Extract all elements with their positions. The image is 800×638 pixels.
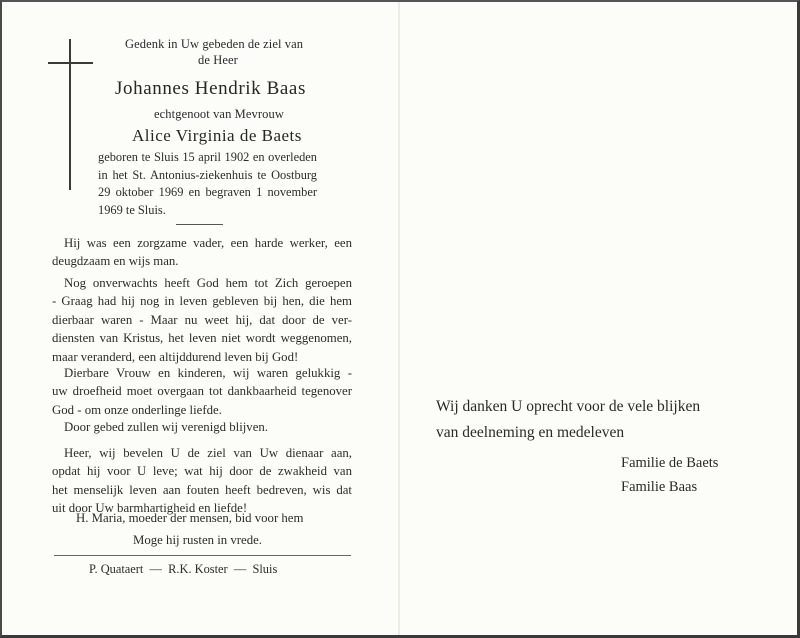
bio-line: in het St. Antonius-ziekenhuis te Oostbu… — [98, 167, 317, 185]
paragraph-4: Door gebed zullen wij verenigd blijven. — [52, 418, 352, 436]
text-line: Dierbare Vrouw en kinderen, wij waren ge… — [52, 364, 352, 382]
bio-line: 1969 te Sluis. — [98, 202, 317, 220]
bio-line: geboren te Sluis 15 april 1902 en overle… — [98, 149, 317, 167]
memorial-card: Gedenk in Uw gebeden de ziel van de Heer… — [0, 0, 800, 638]
text-line: - Graag had hij nog in leven gebleven bi… — [52, 292, 352, 310]
text-line: Nog onverwachts heeft God hem tot Zich g… — [52, 274, 352, 292]
printer-credit: P. Quataert — R.K. Koster — Sluis — [89, 562, 277, 577]
rest-in-peace-line: Moge hij rusten in vrede. — [133, 533, 262, 548]
biography-block: geboren te Sluis 15 april 1902 en overle… — [98, 149, 317, 219]
spouse-name: Alice Virginia de Baets — [132, 126, 302, 146]
bio-line: 29 oktober 1969 en begraven 1 november — [98, 184, 317, 202]
center-fold — [398, 2, 400, 635]
text-line: deugdzaam en wijs man. — [52, 252, 352, 270]
thanks-line-1: Wij danken U oprecht voor de vele blijke… — [436, 398, 700, 416]
signature-family-de-baets: Familie de Baets — [621, 455, 718, 472]
intro-line: Gedenk in Uw gebeden de ziel van — [125, 37, 303, 52]
paragraph-2: Nog onverwachts heeft God hem tot Zich g… — [52, 274, 352, 366]
text-line: God - om onze onderlinge liefde. — [52, 401, 352, 419]
text-line: Door gebed zullen wij verenigd blijven. — [52, 418, 352, 436]
intro-line-2: de Heer — [198, 53, 238, 68]
signature-family-baas: Familie Baas — [621, 479, 697, 496]
paragraph-5: Heer, wij bevelen U de ziel van Uw diena… — [52, 444, 352, 518]
paragraph-3: Dierbare Vrouw en kinderen, wij waren ge… — [52, 364, 352, 419]
text-line: het menselijk leven aan fouten heeft bed… — [52, 481, 352, 499]
paragraph-1: Hij was een zorgzame vader, een harde we… — [52, 234, 352, 271]
text-line: opdat hij voor U leve; wat hij door de z… — [52, 462, 352, 480]
separator-long — [54, 555, 351, 556]
cross-horizontal-bar — [48, 62, 93, 64]
text-line: dierbaar waren - Maar nu weet hij, dat d… — [52, 311, 352, 329]
text-line: Hij was een zorgzame vader, een harde we… — [52, 234, 352, 252]
text-line: Heer, wij bevelen U de ziel van Uw diena… — [52, 444, 352, 462]
thanks-line-2: van deelneming en medeleven — [436, 424, 624, 442]
separator-short — [176, 224, 223, 225]
text-line: diensten van Kristus, het leven niet wor… — [52, 329, 352, 347]
spouse-intro: echtgenoot van Mevrouw — [154, 107, 284, 122]
prayer-line: H. Maria, moeder der mensen, bid voor he… — [76, 511, 303, 526]
deceased-name: Johannes Hendrik Baas — [115, 78, 306, 100]
text-line: uw droefheid moet overgaan tot dankbaarh… — [52, 382, 352, 400]
